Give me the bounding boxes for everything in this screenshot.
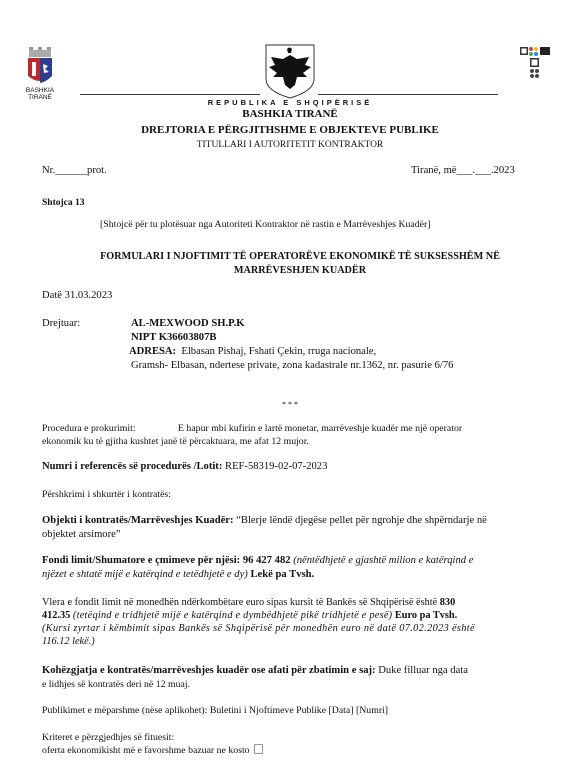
euro-amount-part2: 412.35	[42, 610, 70, 621]
contract-object: Objekti i kontratës/Marrëveshjes Kuadër:…	[42, 514, 487, 527]
euro-line2: 412.35 (tetëqind e tridhjetë mijë e katë…	[42, 609, 457, 622]
header-rule-left	[80, 94, 260, 95]
tirana-municipality-crest-icon	[22, 46, 58, 86]
criteria-option-label: oferta ekonomikisht më e favorshme bazua…	[42, 745, 250, 756]
reference-value: REF-58319-02-07-2023	[225, 461, 327, 472]
authority-name: TITULLARI I AUTORITETIT KONTRAKTOR	[0, 139, 580, 152]
short-description-label: Përshkrimi i shkurtër i kontratës:	[42, 488, 171, 501]
separator-stars: * * *	[0, 398, 580, 411]
address-line2: Gramsh- Elbasan, ndertese private, zona …	[131, 359, 453, 372]
euro-intro-text: Vlera e fondit limit në monedhën ndërkom…	[42, 597, 437, 608]
criteria-checkbox[interactable]	[254, 744, 263, 754]
euro-words: (tetëqind e tridhjetë mijë e katërqind e…	[73, 610, 392, 621]
euro-amount-part1: 830	[440, 597, 455, 608]
duration: Kohëzgjatja e kontratës/marrëveshjes kua…	[42, 664, 468, 677]
euro-intro: Vlera e fondit limit në monedhën ndërkom…	[42, 596, 455, 609]
form-title-line2: MARRËVESHJEN KUADËR	[10, 264, 580, 277]
addressee-nipt: NIPT K36603807B	[131, 331, 216, 344]
header-rule-right	[318, 94, 498, 95]
logo-caption-line1: BASHKIA	[22, 87, 58, 94]
fund-label: Fondi limit/Shumatore e çmimeve për njës…	[42, 555, 240, 566]
fund-line2: njëzet e shtatë mijë e katërqind e tetëd…	[42, 568, 314, 581]
exchange-rate-line1: (Kursi zyrtar i këmbimit sipas Bankës së…	[42, 622, 475, 635]
criteria-label: Kriteret e përzgjedhjes së fituesit:	[42, 731, 174, 744]
annex-title: Shtojca 13	[42, 197, 85, 210]
municipality-name: BASHKIA TIRANË	[0, 108, 580, 121]
albanian-eagle-emblem-icon	[263, 43, 317, 99]
tirana-brand-logo	[520, 47, 550, 88]
addressee-address: ADRESA: Elbasan Pishaj, Fshati Çekin, rr…	[129, 345, 376, 358]
duration-label: Kohëzgjatja e kontratës/marrëveshjes kua…	[42, 665, 376, 676]
previous-publications: Publikimet e mëparshme (nëse aplikohet):…	[42, 704, 388, 717]
address-label: ADRESA:	[129, 346, 176, 357]
annex-note: [Shtojcë për tu plotësuar nga Autoriteti…	[100, 218, 431, 231]
addressee-label: Drejtuar:	[42, 317, 80, 330]
address-line1: Elbasan Pishaj, Fshati Çekin, rruga naci…	[181, 346, 376, 357]
republic-label: REPUBLIKA E SHQIPËRISË	[0, 98, 580, 107]
protocol-number: Nr.______prot.	[42, 164, 107, 177]
form-date: Datë 31.03.2023	[42, 289, 112, 302]
object-value-line2: objektet arsimore”	[42, 528, 121, 541]
place-date: Tiranë, më___.___.2023	[411, 164, 515, 177]
duration-value-line1: Duke filluar nga data	[378, 665, 468, 676]
form-title-line1: FORMULARI I NJOFTIMIT TË OPERATORËVE EKO…	[10, 250, 580, 263]
tirana-brand-marks-icon	[520, 47, 550, 83]
duration-value-line2: e lidhjes së kontratës deri në 12 muaj.	[42, 678, 190, 691]
fund-amount: 96 427 482	[243, 555, 291, 566]
object-value-line1: “Blerje lëndë djegëse pellet për ngrohje…	[236, 515, 487, 526]
procedure-value-line1: E hapur mbi kufirin e lartë monetar, mar…	[178, 422, 462, 435]
criteria-option: oferta ekonomikisht më e favorshme bazua…	[42, 744, 263, 757]
albanian-emblem	[263, 43, 317, 104]
fund-currency: Lekë pa Tvsh.	[250, 569, 314, 580]
fund-words-line1: (nëntëdhjetë e gjashtë milion e katërqin…	[293, 555, 473, 566]
directorate-name: DREJTORIA E PËRGJITHSHME E OBJEKTEVE PUB…	[0, 124, 580, 137]
fund-limit: Fondi limit/Shumatore e çmimeve për njës…	[42, 554, 473, 567]
procedure-label: Procedura e prokurimit:	[42, 422, 136, 435]
object-label: Objekti i kontratës/Marrëveshjes Kuadër:	[42, 515, 234, 526]
reference-number: Numri i referencës së procedurës /Lotit:…	[42, 460, 327, 473]
euro-currency: Euro pa Tvsh.	[395, 610, 457, 621]
procedure-value-line2: ekonomik ku të gjitha kushtet janë të pë…	[42, 435, 309, 448]
addressee-company: AL-MEXWOOD SH.P.K	[131, 317, 245, 330]
reference-label: Numri i referencës së procedurës /Lotit:	[42, 461, 222, 472]
fund-words-line2: njëzet e shtatë mijë e katërqind e tetëd…	[42, 569, 248, 580]
exchange-rate-line2: 116.12 lekë.)	[42, 635, 95, 648]
tirana-municipality-logo: BASHKIA TIRANË	[22, 46, 58, 101]
